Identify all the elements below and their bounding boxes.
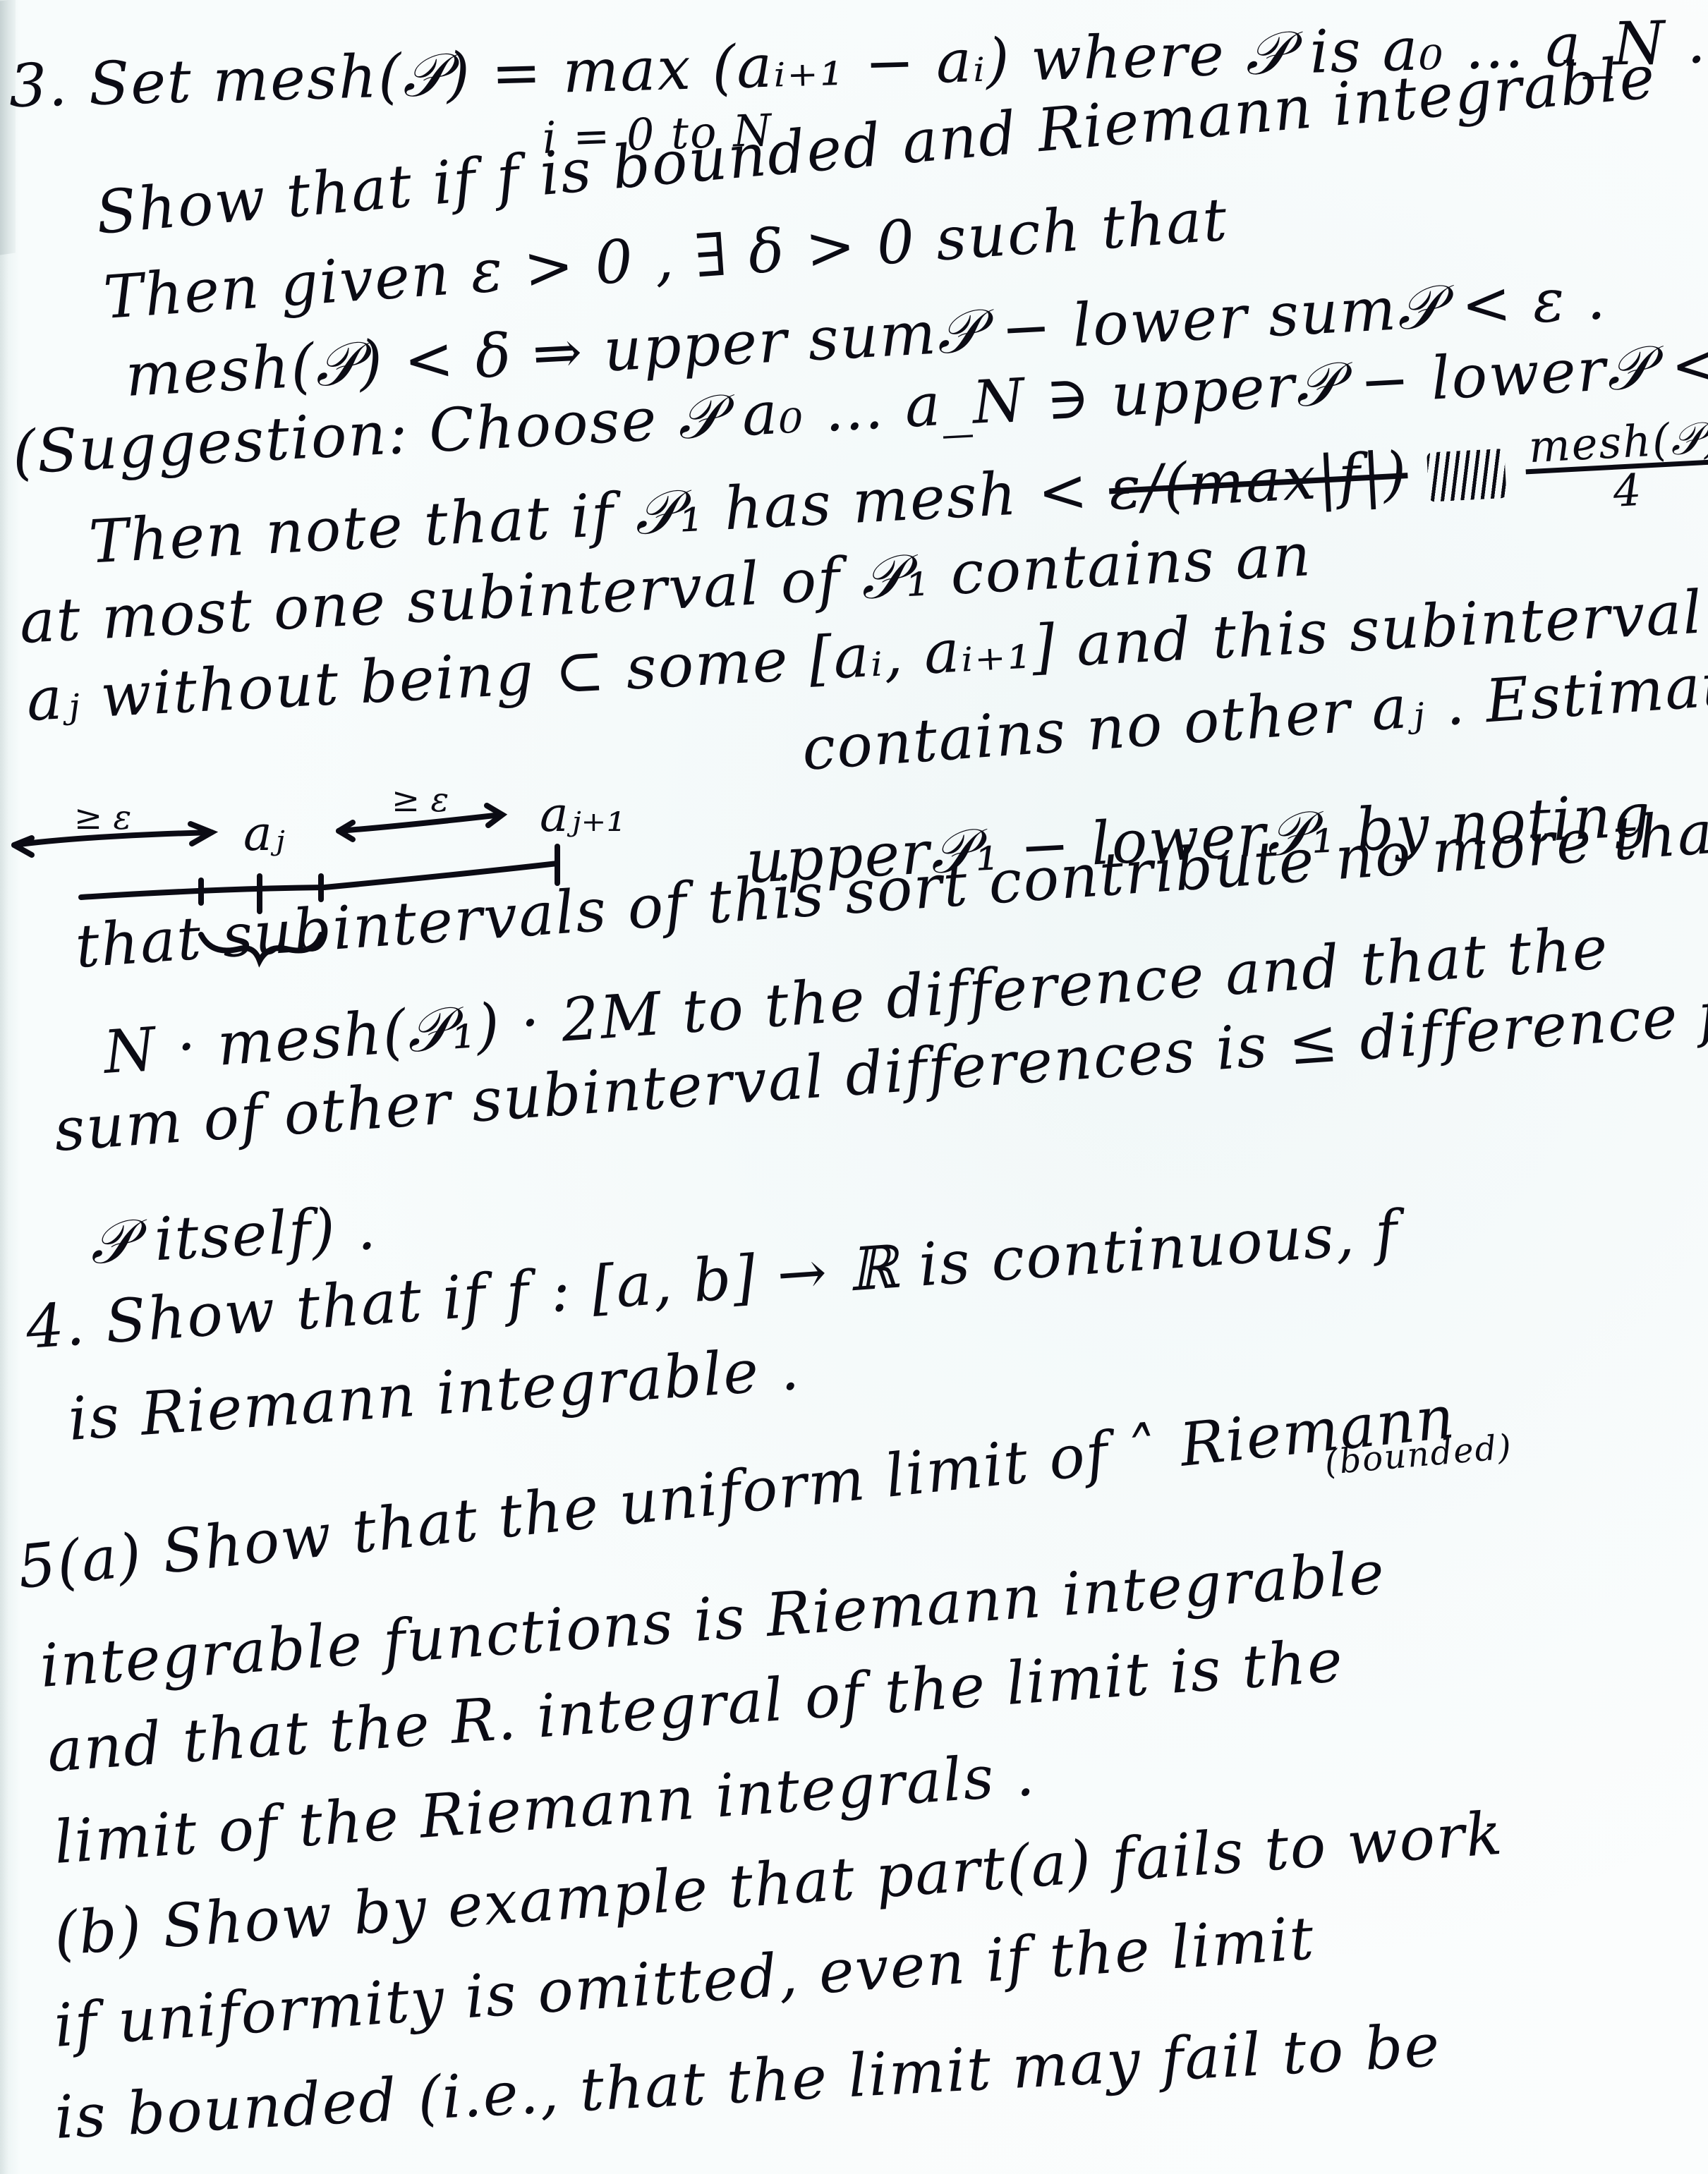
page-edge-shadow xyxy=(0,0,16,255)
subinterval-diagram: ≥ ε aⱼ ≥ ε aⱼ₊₁ xyxy=(0,776,635,988)
problem-3-line-14: 𝒫 itself) . xyxy=(89,1198,379,1273)
scribble-mark xyxy=(1427,448,1507,502)
problem-4-line-2: is Riemann integrable . xyxy=(66,1339,802,1449)
scanned-page: 3. Set mesh(𝒫) = max (aᵢ₊₁ − aᵢ) where 𝒫… xyxy=(0,0,1708,2174)
brace-under-subinterval xyxy=(201,935,321,961)
struck-text-1: ε/(max|f|) xyxy=(1107,439,1409,523)
mesh-over-4-fraction: mesh(𝒫) 4 xyxy=(1523,415,1708,518)
a-j-label: aⱼ xyxy=(243,806,285,862)
a-j-plus-1-label: aⱼ₊₁ xyxy=(540,787,626,843)
geq-epsilon-label-2: ≥ ε xyxy=(392,780,449,820)
geq-epsilon-label-1: ≥ ε xyxy=(74,798,131,837)
